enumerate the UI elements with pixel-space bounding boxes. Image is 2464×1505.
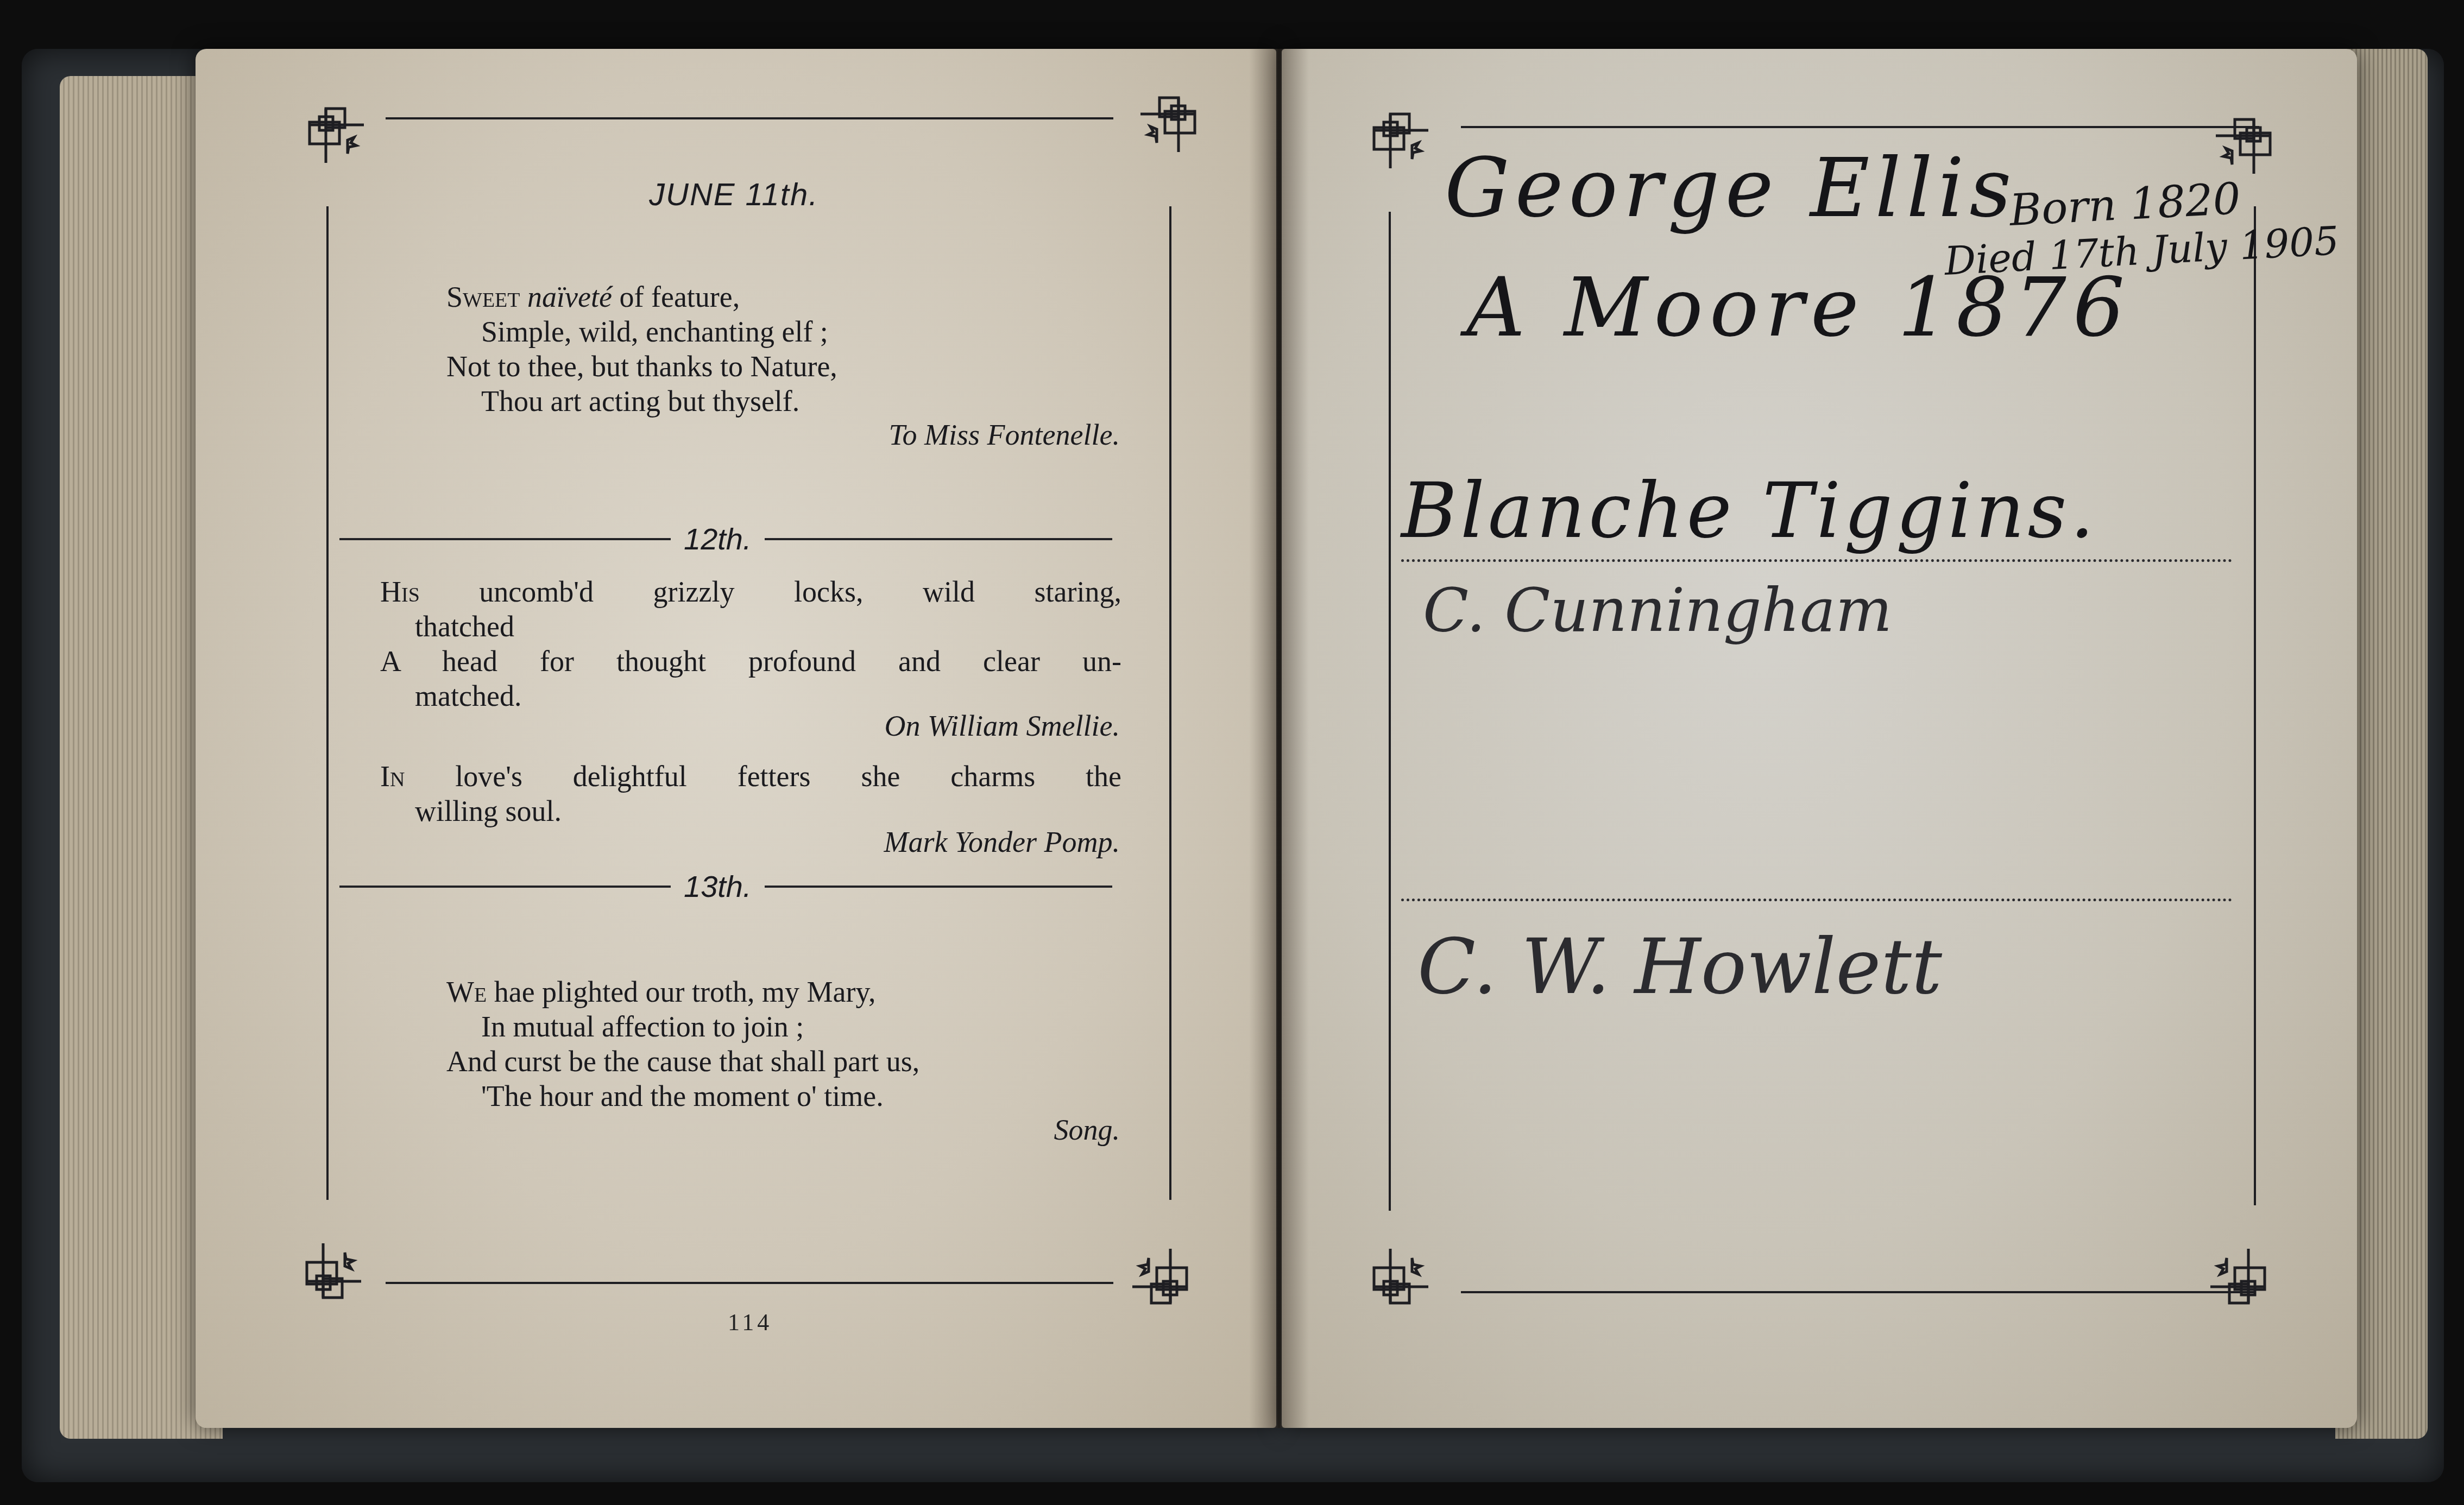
signature-c-cunningham: C. Cunningham [1423, 576, 1892, 645]
divider-line [339, 886, 671, 888]
verse-line: willing soul. [380, 794, 1121, 829]
verse-line: Thou art acting but thyself. [446, 384, 837, 419]
verse-first-word: In [380, 760, 405, 793]
verse-line: And curst be the cause that shall part u… [446, 1044, 919, 1079]
verse-line-rest: uncomb'd grizzly locks, wild staring, [420, 576, 1121, 608]
corner-ornament-icon [1132, 1249, 1192, 1308]
corner-ornament-icon [1369, 1249, 1428, 1308]
signature-blanche-tiggins: Blanche Tiggins. [1401, 467, 2097, 555]
attribution: Song. [1054, 1113, 1120, 1147]
frame-bottom [386, 1282, 1113, 1284]
frame-top [1461, 126, 2259, 128]
attribution: On William Smellie. [885, 709, 1120, 743]
verse-line: Not to thee, but thanks to Nature, [446, 349, 837, 384]
verse-song: We hae plighted our troth, my Mary, In m… [446, 975, 919, 1114]
verse-first-word: His [380, 576, 420, 608]
frame-left [1389, 212, 1391, 1211]
signature-a-moore: A Moore 1876 [1466, 261, 2131, 355]
corner-ornament-icon [2216, 114, 2276, 174]
frame-right [1169, 206, 1171, 1200]
corner-ornament-icon [2210, 1249, 2270, 1308]
corner-ornament-icon [1369, 109, 1428, 168]
italic-word: naïveté [527, 281, 612, 313]
verse-smellie: His uncomb'd grizzly locks, wild staring… [380, 574, 1121, 713]
divider-line [765, 538, 1112, 540]
date-label: 12th. [684, 521, 752, 557]
signature-line [1401, 899, 2232, 901]
verse-line: In mutual affection to join ; [446, 1009, 919, 1044]
corner-ornament-icon [1140, 92, 1200, 152]
verse-line-rest: hae plighted our troth, my Mary, [487, 976, 875, 1008]
verse-line: We hae plighted our troth, my Mary, [446, 975, 919, 1009]
verse-line: Simple, wild, enchanting elf ; [446, 314, 837, 349]
corner-ornament-icon [301, 1243, 361, 1303]
corner-ornament-icon [304, 103, 364, 163]
page-number: 114 [728, 1308, 772, 1336]
verse-yonder-pomp: In love's delightful fetters she charms … [380, 759, 1121, 829]
date-label: 13th. [684, 869, 752, 904]
verse-june-11: Sweet naïveté of feature, Simple, wild, … [446, 280, 837, 419]
verse-first-word: We [446, 976, 487, 1008]
frame-top [386, 117, 1113, 119]
verse-line: His uncomb'd grizzly locks, wild staring… [380, 574, 1121, 609]
verse-line-rest: of feature, [612, 281, 740, 313]
frame-bottom [1461, 1291, 2254, 1293]
book-gutter [1249, 49, 1309, 1428]
verse-line-rest: love's delightful fetters she charms the [405, 760, 1121, 793]
attribution: To Miss Fontenelle. [889, 418, 1120, 452]
date-heading-june-11: JUNE 11th. [649, 176, 818, 213]
verse-line: A head for thought profound and clear un… [380, 644, 1121, 679]
verse-first-word: Sweet [446, 281, 520, 313]
verse-line: thatched [380, 609, 1121, 644]
frame-left [326, 206, 329, 1200]
verse-line: Sweet naïveté of feature, [446, 280, 837, 314]
divider-line [339, 538, 671, 540]
divider-line [765, 886, 1112, 888]
signature-george-ellis: George Ellis [1445, 141, 2016, 236]
attribution: Mark Yonder Pomp. [884, 825, 1120, 859]
date-divider-13: 13th. [339, 869, 1112, 904]
verse-line: In love's delightful fetters she charms … [380, 759, 1121, 794]
verse-line: matched. [380, 679, 1121, 713]
signature-line [1401, 559, 2232, 562]
verse-line: 'The hour and the moment o' time. [446, 1079, 919, 1114]
frame-right [2254, 206, 2256, 1205]
date-divider-12: 12th. [339, 521, 1112, 557]
signature-c-w-howlett: C. W. Howlett [1417, 923, 1942, 1011]
